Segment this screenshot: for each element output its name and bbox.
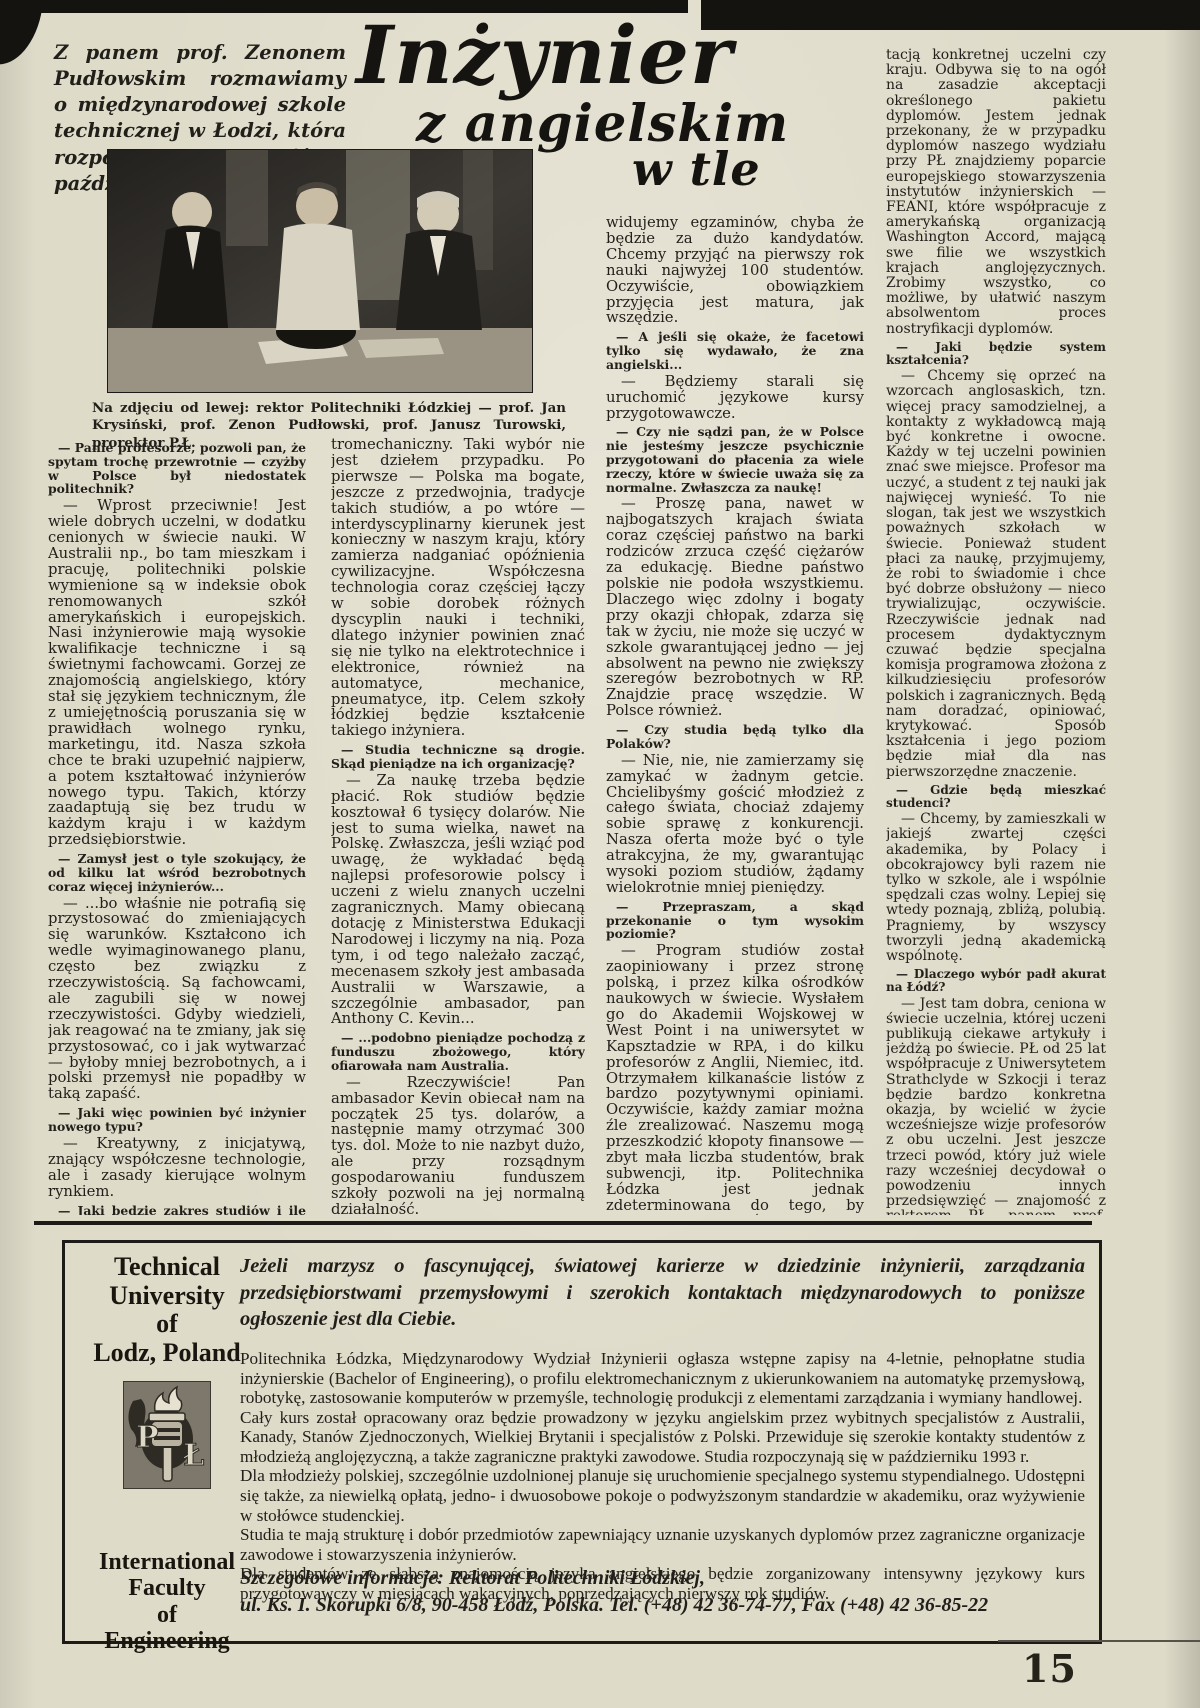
magazine-page: Z panem prof. Zenonem Pudłowskim rozmawi… [0, 0, 1200, 1708]
photo-illustration [108, 150, 532, 392]
corner-ink-mark [0, 0, 47, 70]
article-title-line3: w tle [632, 142, 761, 196]
article-title-line1: Inżynier [356, 8, 733, 102]
article-paragraph: — Zamysł jest o tyle szokujący, że od ki… [48, 852, 306, 893]
faculty-name: InternationalFacultyofEngineering [77, 1549, 257, 1655]
article-column-1: — Panie profesorze, pozwoli pan, że spyt… [48, 437, 306, 1215]
faculty-name-line: International [77, 1549, 257, 1575]
article-column-4: tacją konkretnej uczelni czy kraju. Odby… [886, 48, 1106, 1215]
article-paragraph: — Czy studia będą tylko dla Polaków? [606, 723, 864, 751]
article-paragraph: — Jest tam dobra, ceniona w świecie ucze… [886, 997, 1106, 1215]
advertiser-name-line: Technical [77, 1253, 257, 1282]
article-paragraph: tacją konkretnej uczelni czy kraju. Odby… [886, 48, 1106, 337]
article-paragraph: — Czy nie sądzi pan, że w Polsce nie jes… [606, 425, 864, 494]
advertisement-paragraph: Studia te mają strukturę i dobór przedmi… [240, 1525, 1085, 1564]
advertisement-text: Jeżeli marzysz o fascynującej, światowej… [240, 1253, 1085, 1604]
advertiser-identity: TechnicalUniversityofLodz, Poland P Ł In… [77, 1253, 257, 1489]
article-paragraph: — Będziemy starali się uruchomić językow… [606, 374, 864, 422]
article-paragraph: — ...bo właśnie nie potrafią się przysto… [48, 896, 306, 1103]
page-number: 15 [1022, 1646, 1077, 1691]
article-paragraph: — Studia techniczne są drogie. Skąd pien… [331, 743, 585, 771]
article-paragraph: — Gdzie będą mieszkać studenci? [886, 784, 1106, 810]
advertisement-paragraph: Politechnika Łódzka, Międzynarodowy Wydz… [240, 1349, 1085, 1408]
section-divider-rule [34, 1221, 1092, 1225]
faculty-name-line: Engineering [77, 1628, 257, 1654]
advertiser-name-line: of [77, 1310, 257, 1339]
contact-label: Szczegółowe informacje: Rektorat Politec… [240, 1565, 1085, 1592]
article-paragraph: — Dlaczego wybór padł akurat na Łódź? [886, 968, 1106, 994]
article-paragraph: — Rzeczywiście! Pan ambasador Kevin obie… [331, 1075, 585, 1215]
article-paragraph: — Proszę pana, nawet w najbogatszych kra… [606, 496, 864, 719]
advertiser-name: TechnicalUniversityofLodz, Poland [77, 1253, 257, 1367]
article-paragraph: — Nie, nie, nie zamierzamy się zamykać w… [606, 753, 864, 896]
article-paragraph: — Jaki będzie system kształcenia? [886, 341, 1106, 367]
article-column-2: tromechaniczny. Taki wybór nie jest dzie… [331, 437, 585, 1215]
top-rule-right [701, 0, 1200, 30]
contact-address: ul. Ks. I. Skorupki 6/8, 90-458 Łódź, Po… [240, 1592, 1085, 1619]
university-torch-logo-icon: P Ł [123, 1381, 211, 1489]
faculty-name-line: of [77, 1602, 257, 1628]
advertisement-paragraph: Cały kurs został opracowany oraz będzie … [240, 1408, 1085, 1467]
advertisement-lead: Jeżeli marzysz o fascynującej, światowej… [240, 1253, 1085, 1333]
article-paragraph: — ...podobno pieniądze pochodzą z fundus… [331, 1031, 585, 1072]
advertiser-name-line: Lodz, Poland [77, 1339, 257, 1368]
article-paragraph: — Jaki będzie zakres studiów i ile kieru… [48, 1204, 306, 1215]
article-paragraph: — Panie profesorze, pozwoli pan, że spyt… [48, 441, 306, 496]
advertisement-contact: Szczegółowe informacje: Rektorat Politec… [240, 1565, 1085, 1619]
article-photo [108, 150, 532, 392]
advertiser-name-line: University [77, 1282, 257, 1311]
article-paragraph: — Program studiów został zaopiniowany i … [606, 943, 864, 1215]
article-paragraph: — Za naukę trzeba będzie płacić. Rok stu… [331, 773, 585, 1028]
advertisement-box: TechnicalUniversityofLodz, Poland P Ł In… [62, 1240, 1102, 1644]
svg-text:Ł: Ł [183, 1438, 204, 1473]
article-paragraph: — A jeśli się okaże, że facetowi tylko s… [606, 330, 864, 371]
faculty-name-line: Faculty [77, 1575, 257, 1601]
article-paragraph: — Wprost przeciwnie! Jest wiele dobrych … [48, 498, 306, 848]
article-column-3: widujemy egzaminów, chyba że będzie za d… [606, 215, 864, 1215]
article-paragraph: tromechaniczny. Taki wybór nie jest dzie… [331, 437, 585, 739]
svg-text:P: P [136, 1420, 159, 1455]
article-paragraph: — Kreatywny, z inicjatywą, znający współ… [48, 1136, 306, 1200]
article-paragraph: widujemy egzaminów, chyba że będzie za d… [606, 215, 864, 326]
article-paragraph: — Jaki więc powinien być inżynier nowego… [48, 1106, 306, 1134]
article-paragraph: — Chcemy, by zamieszkali w jakiejś zwart… [886, 812, 1106, 964]
footer-rule [998, 1640, 1200, 1642]
article-paragraph: — Chcemy się oprzeć na wzorcach anglosas… [886, 369, 1106, 779]
article-paragraph: — Przepraszam, a skąd przekonanie o tym … [606, 900, 864, 941]
advertisement-paragraph: Dla młodzieży polskiej, szczególnie uzdo… [240, 1466, 1085, 1525]
